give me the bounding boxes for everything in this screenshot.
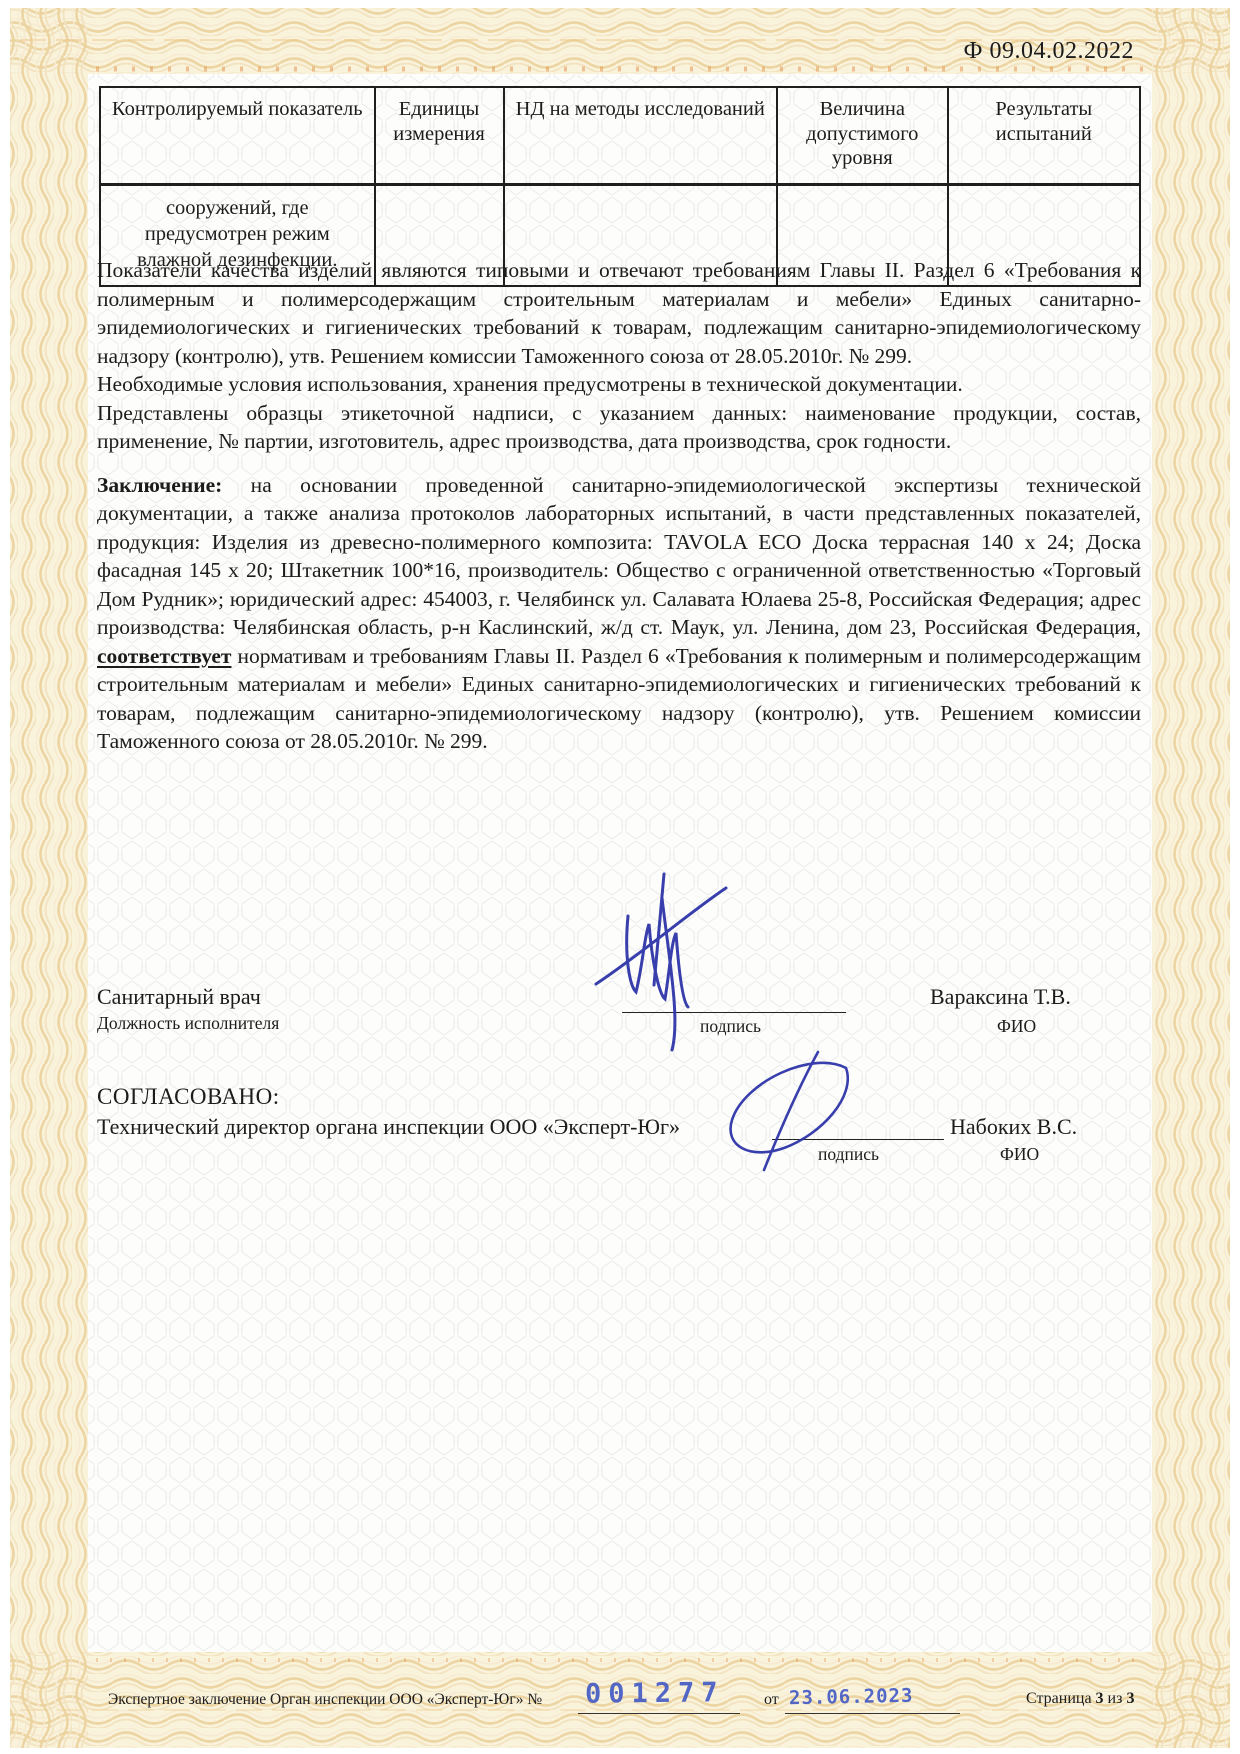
conclusion-emphasis: соответствует <box>97 644 231 668</box>
page-total: 3 <box>1126 1690 1134 1707</box>
spacer <box>97 456 1141 471</box>
date-underline <box>785 1713 960 1714</box>
conclusion-text-before: на основании проведенной санитарно-эпиде… <box>97 473 1141 640</box>
table-header-row: Контролируемый показатель Единицы измере… <box>100 87 1140 184</box>
signer-role-subtitle: Должность исполнителя <box>97 1013 279 1034</box>
signature-line <box>622 1012 846 1013</box>
col-header-nd-methods: НД на методы исследований <box>504 87 778 184</box>
approver-role: Технический директор органа инспекции ОО… <box>97 1114 680 1140</box>
footer-number-label: № <box>527 1691 542 1708</box>
page-current: 3 <box>1096 1690 1104 1707</box>
document-page: Ф 09.04.02.2022 Контролируемый показател… <box>0 0 1240 1754</box>
page-indicator: Страница 3 из 3 <box>1026 1690 1134 1708</box>
conclusion-label: Заключение: <box>97 473 222 497</box>
col-header-allowed-level: Величина допустимого уровня <box>777 87 948 184</box>
approver-name: Набоких В.С. <box>950 1114 1077 1140</box>
paragraph-label-samples: Представлены образцы этикеточной надписи… <box>97 399 1141 456</box>
paragraph-conditions: Необходимые условия использования, хране… <box>97 370 1141 399</box>
col-header-units: Единицы измерения <box>375 87 504 184</box>
paragraph-quality: Показатели качества изделий являются тип… <box>97 256 1141 370</box>
approver-name-caption: ФИО <box>1000 1144 1039 1165</box>
document-number-stamp: 001277 <box>585 1677 725 1709</box>
approval-signature-line <box>772 1139 944 1140</box>
footer-title: Экспертное заключение Орган инспекции ОО… <box>108 1691 542 1709</box>
approved-title: СОГЛАСОВАНО: <box>97 1084 280 1110</box>
footer-date-label: от <box>764 1691 779 1709</box>
number-underline <box>578 1713 740 1714</box>
approval-signature-caption: подпись <box>818 1144 879 1165</box>
page-prefix: Страница <box>1026 1690 1092 1707</box>
paragraph-conclusion: Заключение: на основании проведенной сан… <box>97 471 1141 756</box>
page-separator: из <box>1108 1690 1123 1707</box>
form-code: Ф 09.04.02.2022 <box>964 38 1134 65</box>
signer-role: Санитарный врач <box>97 984 261 1010</box>
signature-caption: подпись <box>700 1016 761 1037</box>
signer-name-caption: ФИО <box>997 1016 1036 1037</box>
document-date-stamp: 23.06.2023 <box>789 1685 914 1710</box>
footer-org-text: Экспертное заключение Орган инспекции ОО… <box>108 1691 523 1708</box>
conclusion-text-after: нормативам и требованиям Главы II. Разде… <box>97 644 1141 754</box>
signer-name: Вараксина Т.В. <box>930 984 1071 1010</box>
col-header-test-results: Результаты испытаний <box>948 87 1140 184</box>
col-header-indicator: Контролируемый показатель <box>100 87 375 184</box>
body-text: Показатели качества изделий являются тип… <box>97 256 1141 756</box>
